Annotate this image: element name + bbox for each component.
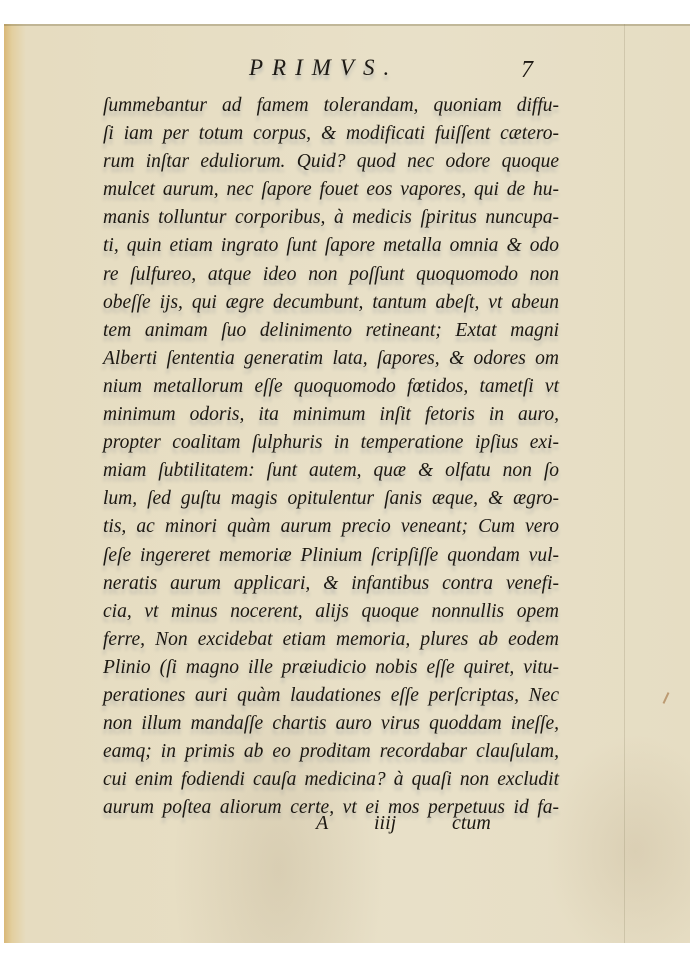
paper-stain	[663, 692, 670, 704]
text-line: manis tolluntur corporibus, à medicis ſp…	[103, 204, 559, 232]
page-footer: A iiij ctum	[4, 812, 690, 842]
text-line: lum, ſed guſtu magis opitulentur ſanis æ…	[103, 485, 559, 513]
text-line: re ſulfureo, atque ideo non poſſunt quoq…	[103, 261, 559, 289]
text-line: tem animam ſuo delinimento retineant; Ex…	[103, 317, 559, 345]
text-line: perationes auri quàm laudationes eſſe pe…	[103, 682, 559, 710]
signature-number: iiij	[374, 812, 396, 835]
text-line: cui enim fodiendi cauſa medicina? à quaſ…	[103, 766, 559, 794]
text-line: eamq; in primis ab eo proditam recordaba…	[103, 738, 559, 766]
body-text: ſummebantur ad famem tolerandam, quoniam…	[103, 92, 559, 822]
book-page: PRIMVS. 7 ſummebantur ad famem toleranda…	[4, 24, 690, 943]
text-line: ſeſe ingereret memoriæ Plinium ſcripſiſſ…	[103, 542, 559, 570]
text-line: Plinio (ſi magno ille præiudicio nobis e…	[103, 654, 559, 682]
text-line: ſummebantur ad famem tolerandam, quoniam…	[103, 92, 559, 120]
signature-mark: A	[316, 812, 328, 835]
text-line: tis, ac minori quàm aurum precio veneant…	[103, 513, 559, 541]
text-line: rum inſtar eduliorum. Quid? quod nec odo…	[103, 148, 559, 176]
text-line: neratis aurum applicari, & infantibus co…	[103, 570, 559, 598]
text-line: ti, quin etiam ingrato ſunt ſapore metal…	[103, 232, 559, 260]
text-line: Alberti ſententia generatim lata, ſapore…	[103, 345, 559, 373]
text-line: propter coalitam ſulphuris in temperatio…	[103, 429, 559, 457]
text-line: nium metallorum eſſe quoquomodo fœtidos,…	[103, 373, 559, 401]
text-line: minimum odoris, ita minimum inſit fetori…	[103, 401, 559, 429]
text-line: miam ſubtilitatem: ſunt autem, quæ & olf…	[103, 457, 559, 485]
page-number: 7	[521, 57, 533, 84]
text-line: cia, vt minus nocerent, alijs quoque non…	[103, 598, 559, 626]
catchword: ctum	[452, 812, 491, 835]
text-line: ſi iam per totum corpus, & modificati fu…	[103, 120, 559, 148]
text-line: non illum mandaſſe chartis auro virus qu…	[103, 710, 559, 738]
text-line: ferre, Non excidebat etiam memoria, plur…	[103, 626, 559, 654]
text-line: mulcet aurum, nec ſapore fouet eos vapor…	[103, 176, 559, 204]
text-line: obeſſe ijs, qui ægre decumbunt, tantum a…	[103, 289, 559, 317]
running-head: PRIMVS.	[249, 55, 398, 81]
